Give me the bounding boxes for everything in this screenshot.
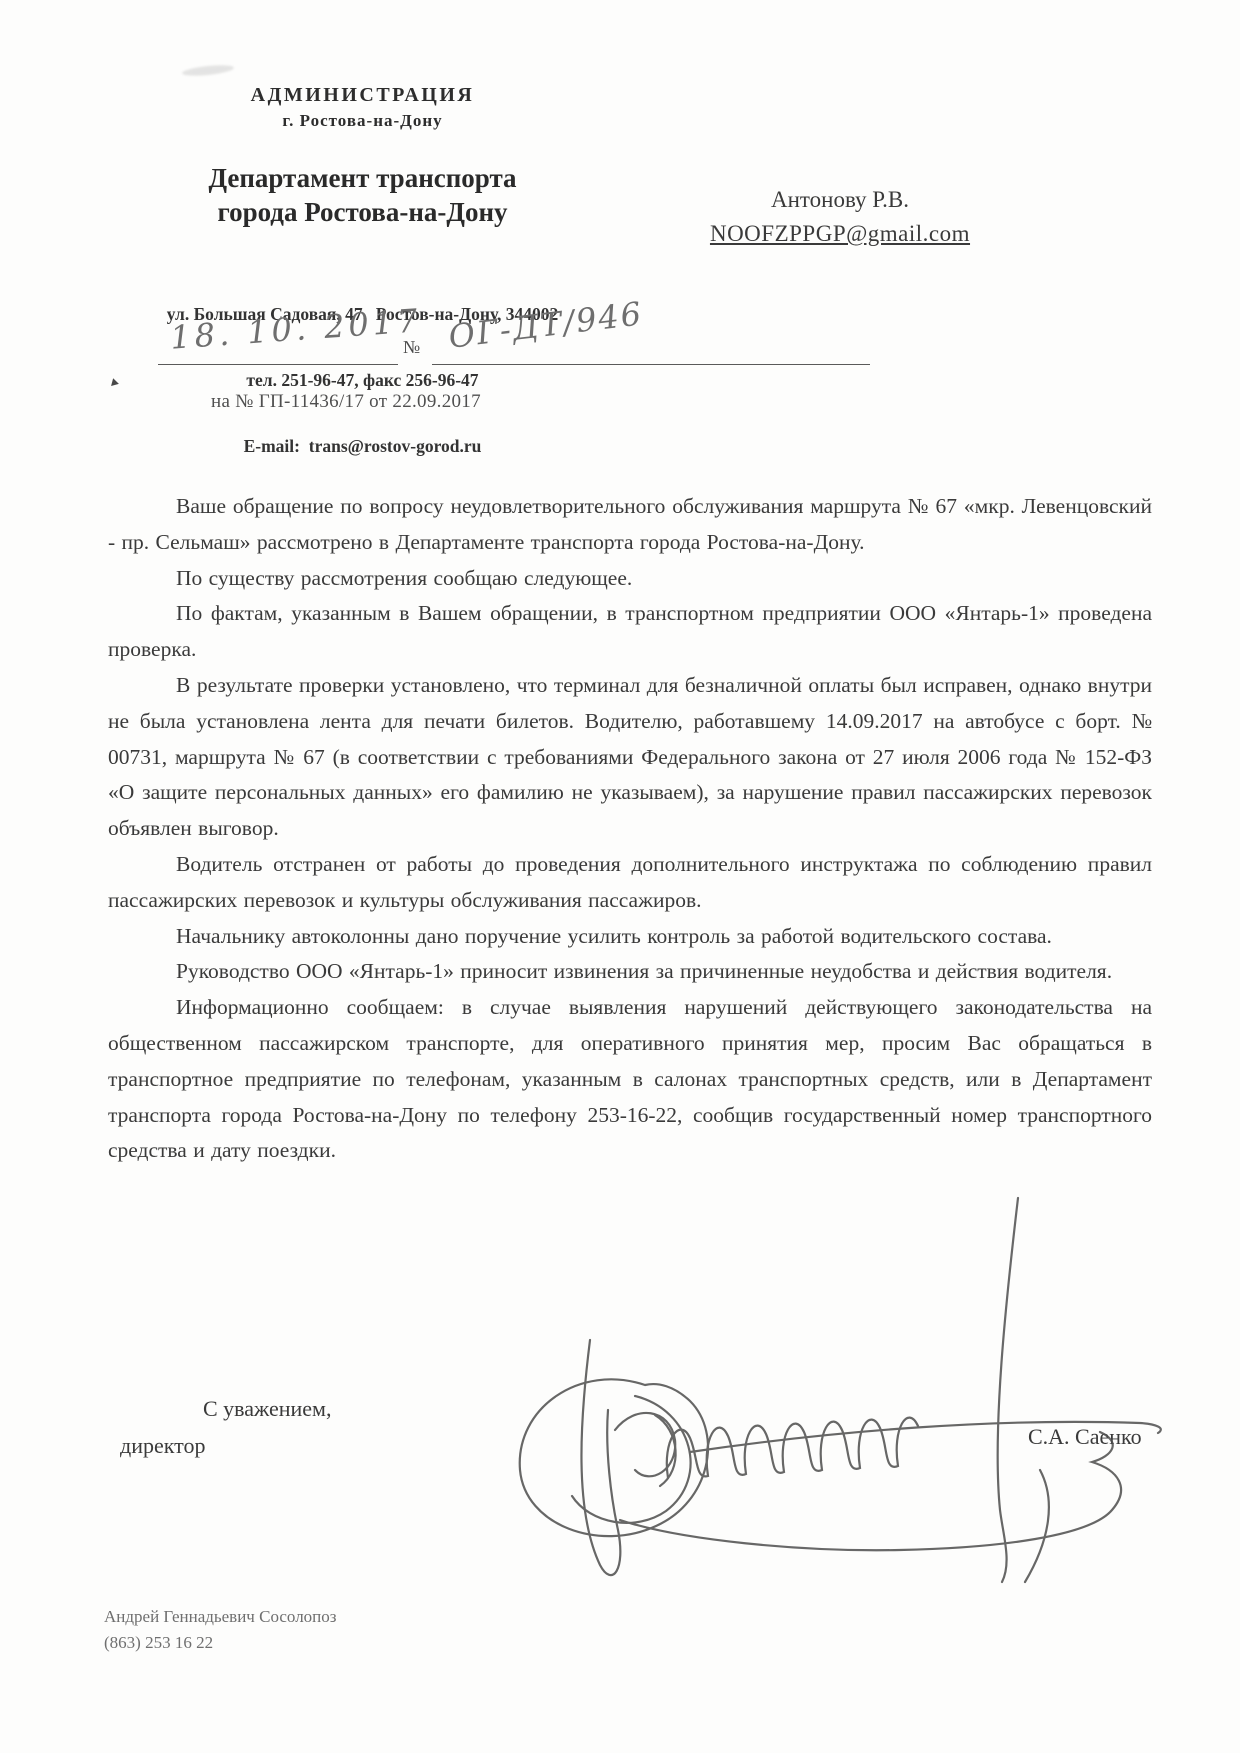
organization-city: г. Ростова-на-Дону [100, 111, 625, 131]
body-paragraph: По фактам, указанным в Вашем обращении, … [108, 596, 1152, 668]
recipient-email: NOOFZPPGP@gmail.com [620, 217, 1060, 251]
letterhead-phones: тел. 251-96-47, факс 256-96-47 [100, 369, 625, 391]
body-paragraph: Ваше обращение по вопросу неудовлетворит… [108, 489, 1152, 561]
executor-phone: (863) 253 16 22 [104, 1630, 337, 1656]
body-paragraph: Водитель отстранен от работы до проведен… [108, 847, 1152, 919]
scan-smudge-artifact [182, 63, 235, 77]
letterhead: АДМИНИСТРАЦИЯ г. Ростова-на-Дону Департа… [100, 84, 625, 501]
body-paragraph: По существу рассмотрения сообщаю следующ… [108, 561, 1152, 597]
handwritten-signature [440, 1180, 1200, 1600]
recipient-name: Антонову Р.В. [620, 183, 1060, 217]
executor-name: Андрей Геннадьевич Сосолопоз [104, 1604, 337, 1630]
scanned-letter-page: АДМИНИСТРАЦИЯ г. Ростова-на-Дону Департа… [0, 0, 1240, 1753]
organization-name: АДМИНИСТРАЦИЯ [100, 84, 625, 107]
signer-position: директор [120, 1433, 205, 1459]
department-name-line1: Департамент транспорта [100, 161, 625, 195]
letterhead-email: E-mail: trans@rostov-gorod.ru [100, 435, 625, 457]
body-paragraph: Руководство ООО «Янтарь-1» приносит изви… [108, 954, 1152, 990]
body-paragraph: Информационно сообщаем: в случае выявлен… [108, 990, 1152, 1169]
letter-body: Ваше обращение по вопросу неудовлетворит… [108, 489, 1152, 1169]
recipient-block: Антонову Р.В. NOOFZPPGP@gmail.com [620, 183, 1060, 251]
number-sign: № [403, 337, 420, 358]
in-reply-to-line: на № ГП-11436/17 от 22.09.2017 [211, 391, 481, 413]
closing-salutation: С уважением, [203, 1396, 331, 1422]
department-name-line2: города Ростова-на-Дону [100, 195, 625, 229]
number-underline [432, 364, 870, 365]
date-underline [158, 364, 398, 365]
body-paragraph: Начальнику автоколонны дано поручение ус… [108, 919, 1152, 955]
executor-block: Андрей Геннадьевич Сосолопоз (863) 253 1… [104, 1604, 337, 1656]
body-paragraph: В результате проверки установлено, что т… [108, 668, 1152, 847]
